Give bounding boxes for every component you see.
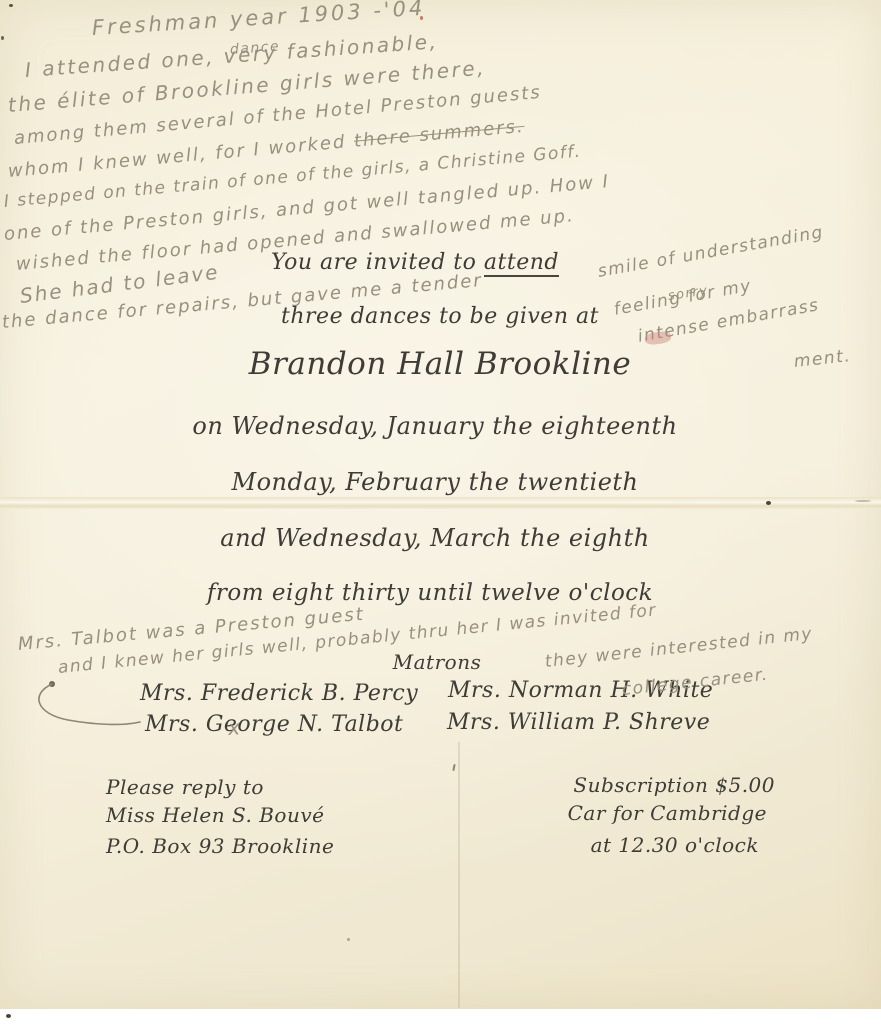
subscription-line: Subscription $5.00 (573, 773, 775, 797)
horizontal-fold-crease (0, 497, 881, 509)
invitation-underlined-word-attend: attend (484, 250, 559, 277)
invitation-opening-line: You are invited to attend (240, 250, 590, 275)
matron-name-talbot: Mrs. George N. Talbot (145, 712, 403, 737)
car-time-line: at 12.30 o'clock (591, 833, 759, 857)
matron-name-shreve: Mrs. William P. Shreve (447, 710, 710, 735)
paper-speck (347, 938, 350, 941)
car-line: Car for Cambridge (568, 801, 767, 825)
paper-speck (6, 1014, 11, 1018)
pencil-x-mark: x (227, 715, 242, 740)
invitation-time: from eight thirty until twelve o'clock (195, 580, 665, 606)
annotation-right-line-4: ment. (793, 346, 852, 372)
paper-speck (452, 764, 455, 771)
annotation-line-4-struck-words: there summers. (353, 116, 525, 152)
paper-speck (1, 36, 4, 40)
annotation-talbot-line-3: they were interested in my (544, 624, 814, 672)
invitation-opening-prefix: You are invited to (271, 250, 484, 275)
pencil-curve-mark (28, 672, 158, 734)
invitation-dances-line: three dances to be given at (260, 304, 620, 329)
scanned-invitation-paper: Freshman year 1903 -'04 dance I attended… (0, 0, 881, 1009)
reply-line-1: Please reply to (106, 775, 264, 799)
invitation-date-3: and Wednesday, March the eighth (205, 524, 665, 552)
paper-speck (766, 501, 771, 505)
paper-speck (855, 500, 871, 502)
reply-line-3: P.O. Box 93 Brookline (106, 834, 334, 858)
matron-name-percy: Mrs. Frederick B. Percy (140, 681, 418, 706)
invitation-date-2: Monday, February the twentieth (215, 468, 655, 496)
paper-speck (9, 4, 13, 7)
vertical-fold-crease (458, 742, 460, 1008)
invitation-venue: Brandon Hall Brookline (215, 346, 665, 382)
matrons-heading: Matrons (357, 650, 517, 674)
invitation-date-1: on Wednesday, January the eighteenth (185, 412, 685, 440)
annotation-right-line-1: smile of understanding (596, 222, 825, 281)
reply-line-2: Miss Helen S. Bouvé (106, 803, 324, 827)
paper-speck (420, 16, 423, 20)
